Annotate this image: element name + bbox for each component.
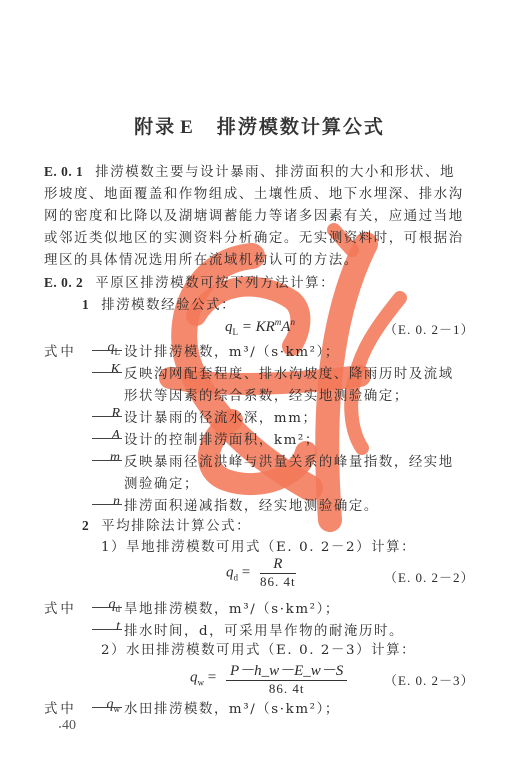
symbol-sub: d [116, 604, 121, 614]
item-text: 平均排除法计算公式： [101, 519, 251, 534]
item-2: 2平均排除法计算公式： [82, 517, 251, 536]
definition-m: 反映暴雨径流洪峰与洪量关系的峰量指数，经实地 [124, 451, 454, 470]
formula-lhs-sub: L [233, 327, 239, 337]
formula-e022: qd = R86. 4t [226, 556, 296, 590]
clause-e01-line-2: 形坡度、地面覆盖和作物组成、土壤性质、地下水埋深、排水沟 [44, 186, 464, 204]
fraction: R86. 4t [260, 556, 296, 590]
formula-lhs-sub: w [198, 677, 205, 687]
symbol-qL: qL [64, 340, 120, 357]
formula-exp-n: n [290, 317, 295, 327]
item-number: 1 [82, 297, 89, 312]
clause-e01-line-4: 或邻近类似地区的实测资料分析确定。无实测资料时，可根据治 [44, 230, 464, 248]
symbol-sub: L [115, 347, 121, 357]
definition-qw: 水田排涝模数，m³/（s·km²）； [124, 698, 340, 717]
title-letter: E [180, 117, 195, 138]
symbol-qw: qw [64, 697, 120, 714]
denominator: 86. 4t [260, 574, 296, 590]
formula-lhs: q [226, 564, 234, 580]
definition-R: 设计暴雨的径流水深，mm； [124, 407, 318, 426]
definition-text: 水田排涝模数，m³/（s·km²）； [124, 702, 340, 717]
subitem-2: 2）水田排涝模数可用式（E. 0. 2－3）计算： [101, 642, 416, 660]
clause-text: 平原区排涝模数可按下列方法计算： [95, 276, 335, 291]
symbol: q [109, 597, 116, 612]
page-title: 附录E排涝模数计算公式 [0, 112, 519, 139]
definition-text: 旱地排涝模数，m³/（s·km²）； [124, 602, 340, 617]
numerator: P－h_w－E_w－S [226, 659, 347, 681]
clause-e01-line-3: 网的密度和比降以及湖塘调蓄能力等诸多因素有关，应通过当地 [44, 208, 464, 226]
symbol: q [108, 340, 115, 355]
page-number: 40 [62, 718, 76, 734]
fraction: P－h_w－E_w－S86. 4t [226, 659, 347, 697]
denominator: 86. 4t [226, 681, 347, 697]
item-number: 2 [82, 518, 89, 533]
title-prefix: 附录 [134, 116, 176, 138]
symbol-n: n [64, 494, 120, 510]
item-1: 1排涝模数经验公式： [82, 296, 236, 315]
clause-e02: E. 0. 2平原区排涝模数可按下列方法计算： [44, 274, 335, 293]
definition-text: 排水时间，d，可采用旱作物的耐淹历时。 [124, 624, 404, 639]
clause-e01-line-1: E. 0. 1排涝模数主要与设计暴雨、排涝面积的大小和形状、地 [44, 163, 455, 182]
definition-n: 排涝面积递减指数，经实地测验确定。 [124, 495, 379, 514]
symbol-m: m [64, 450, 120, 466]
clause-text: 排涝模数主要与设计暴雨、排涝面积的大小和形状、地 [95, 165, 455, 180]
symbol-qd: qd [64, 597, 120, 614]
definition-K-cont: 形状等因素的综合系数，经实地测验确定； [124, 385, 409, 404]
definition-t: 排水时间，d，可采用旱作物的耐淹历时。 [124, 620, 404, 639]
document-page: 附录E排涝模数计算公式 E. 0. 1排涝模数主要与设计暴雨、排涝面积的大小和形… [0, 0, 519, 770]
clause-number: E. 0. 2 [44, 275, 83, 290]
title-text: 排涝模数计算公式 [217, 116, 385, 138]
formula-lhs-sub: d [234, 572, 239, 582]
equation-number: （E. 0. 2－1） [384, 319, 474, 338]
clause-number: E. 0. 1 [44, 164, 83, 179]
numerator: R [260, 556, 296, 574]
symbol-sub: w [114, 704, 121, 714]
equation-number: （E. 0. 2－2） [384, 567, 474, 586]
symbol-R: R [64, 406, 120, 422]
symbol-K: K [64, 362, 120, 378]
clause-e01-line-5: 理区的具体情况选用所在流域机构认可的方法。 [44, 252, 359, 270]
symbol-t: t [64, 619, 120, 635]
formula-lhs: q [190, 669, 198, 685]
definition-text: 反映暴雨径流洪峰与洪量关系的峰量指数，经实地 [124, 455, 454, 470]
item-text: 排涝模数经验公式： [101, 298, 236, 313]
definition-text: 设计的控制排涝面积，km²； [124, 433, 320, 448]
symbol: q [107, 697, 114, 712]
subitem-1: 1）旱地排涝模数可用式（E. 0. 2－2）计算： [101, 539, 416, 557]
formula-e023: qw = P－h_w－E_w－S86. 4t [190, 659, 347, 697]
page-dot [59, 726, 61, 728]
symbol-A: A [64, 428, 120, 444]
formula-rhs: = KR [242, 319, 275, 335]
definition-m-cont: 测验确定； [124, 473, 199, 492]
definition-qL: 设计排涝模数，m³/（s·km²）； [124, 341, 340, 360]
formula-e021: qL = KRmAn [225, 317, 295, 337]
definition-text: 设计暴雨的径流水深，mm； [124, 411, 318, 426]
equation-number: （E. 0. 2－3） [384, 670, 474, 689]
definition-qd: 旱地排涝模数，m³/（s·km²）； [124, 598, 340, 617]
formula-lhs: q [225, 319, 233, 335]
definition-A: 设计的控制排涝面积，km²； [124, 429, 320, 448]
definition-text: 反映沟网配套程度、排水沟坡度、降雨历时及流域 [124, 367, 454, 382]
definition-text: 设计排涝模数，m³/（s·km²）； [124, 345, 340, 360]
definition-text: 排涝面积递减指数，经实地测验确定。 [124, 499, 379, 514]
definition-K: 反映沟网配套程度、排水沟坡度、降雨历时及流域 [124, 363, 454, 382]
